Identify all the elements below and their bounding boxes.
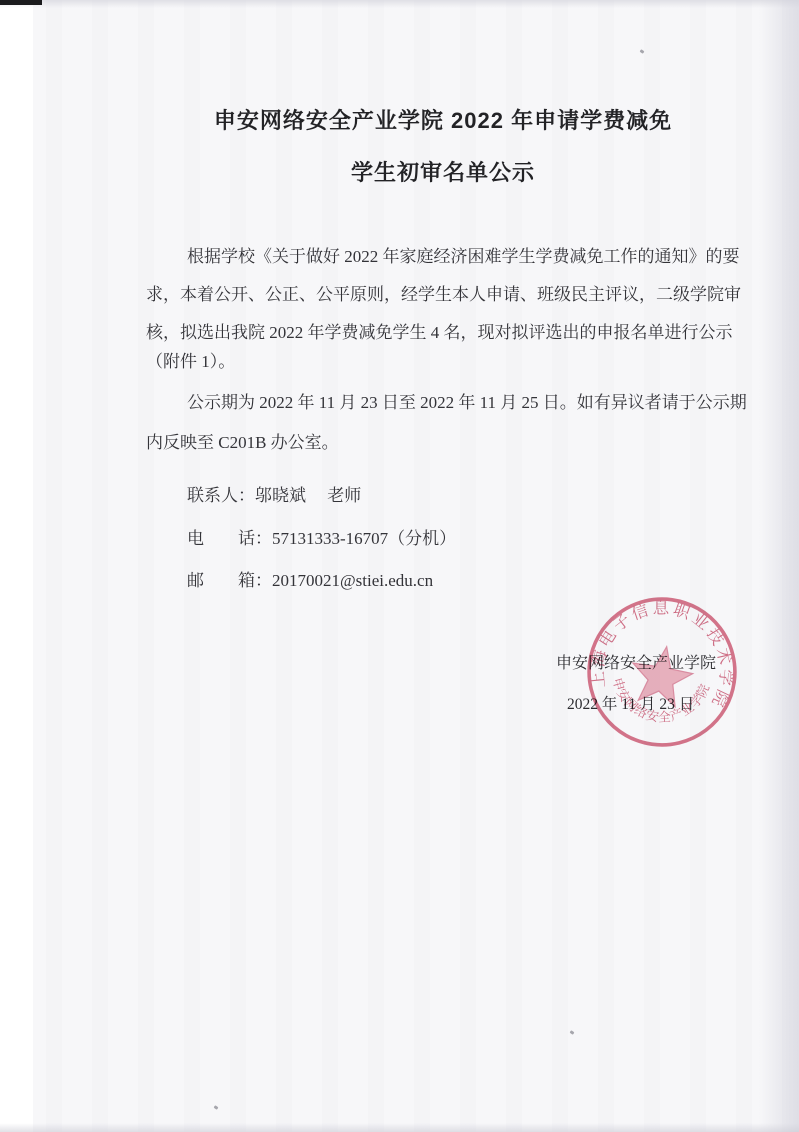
scan-bottom-shade — [0, 1123, 799, 1132]
paragraph1-line: （附件 1）。 — [146, 347, 235, 372]
contact-email: 邮 箱：20170021@stiei.edu.cn — [187, 566, 433, 591]
scan-speck — [570, 1030, 575, 1035]
paragraph1-line: 根据学校《关于做好 2022 年家庭经济困难学生学费减免工作的通知》的要 — [187, 242, 740, 267]
paragraph1-line: 核，拟选出我院 2022 年学费减免学生 4 名，现对拟评选出的申报名单进行公示 — [146, 318, 733, 343]
signature-org: 申安网络安全产业学院 — [556, 650, 716, 673]
scan-artifact-mark — [0, 0, 42, 5]
scan-left-edge — [0, 0, 33, 1132]
paragraph2-line: 内反映至 C201B 办公室。 — [146, 428, 339, 453]
signature-date: 2022 年 11 月 23 日 — [567, 692, 694, 714]
paragraph1-line: 求，本着公开、公正、公平原则，经学生本人申请、班级民主评议，二级学院审 — [146, 280, 741, 305]
scan-speck — [640, 49, 645, 54]
scan-speck — [214, 1105, 219, 1110]
paragraph2-line: 公示期为 2022 年 11 月 23 日至 2022 年 11 月 25 日。… — [187, 388, 747, 413]
scanned-document-page: 申安网络安全产业学院 2022 年申请学费减免 学生初审名单公示 根据学校《关于… — [0, 0, 799, 1132]
document-title-line-1: 申安网络安全产业学院 2022 年申请学费减免 — [93, 104, 793, 135]
contact-person: 联系人：邬晓斌 老师 — [187, 481, 361, 506]
contact-phone: 电 话：57131333-16707（分机） — [187, 524, 456, 549]
document-title-line-2: 学生初审名单公示 — [93, 156, 793, 187]
scan-top-shade — [0, 0, 799, 8]
